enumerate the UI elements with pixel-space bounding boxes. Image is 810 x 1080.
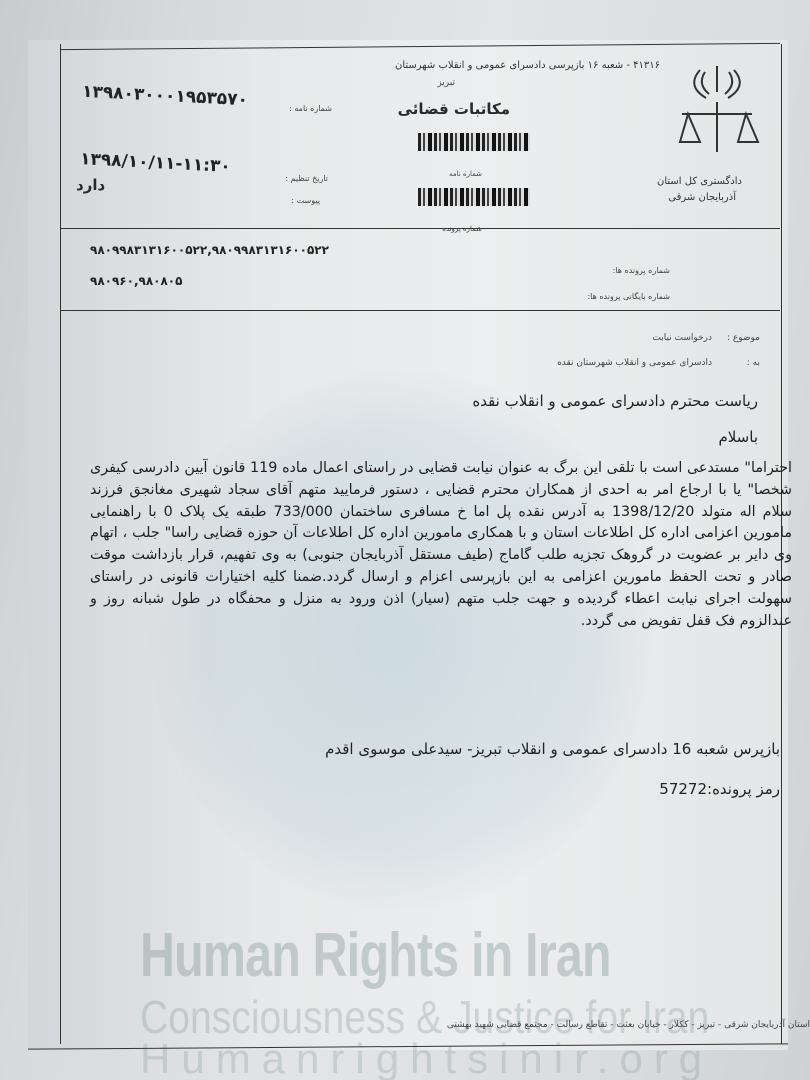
letter-number-label: شماره نامه : [289,104,332,113]
subject-label: موضوع : [727,333,760,343]
salutation: ریاست محترم دادسرای عمومی و انقلاب نقده [472,392,758,410]
org-line-2: آذربایجان شرقی [668,192,736,203]
header-divider [60,228,780,229]
branch-line: ۴۱۳۱۶ - شعبه ۱۶ بازپرسی دادسرای عمومی و … [200,60,660,71]
case-numbers-value: ۹۸۰۹۹۸۳۱۳۱۶۰۰۵۲۲,۹۸۰۹۹۸۳۱۳۱۶۰۰۵۲۲ [90,243,329,257]
archive-numbers-label: شماره بایگانی پرونده ها: [587,292,670,301]
footer-address: استان آذربایجان شرقی - تبریز - ککلار - خ… [447,1020,810,1030]
attachment-value: دارد [76,176,105,194]
date-label: تاریخ تنظیم : [285,174,328,183]
case-barcode-caption: شماره پرونده [442,225,482,233]
archive-numbers-value: ۹۸۰۹۶۰,۹۸۰۸۰۵ [90,274,182,288]
case-divider [60,310,780,311]
iran-emblem-icon [672,62,762,172]
letter-barcode-caption: شماره نامه [449,170,482,178]
letter-body: احتراما" مستدعی است با تلقی این برگ به ع… [90,458,792,632]
city-name: تبریز [437,78,455,88]
case-numbers-label: شماره پرونده ها: [613,266,670,275]
to-value: دادسرای عمومی و انقلاب شهرستان نقده [557,358,712,368]
case-barcode [418,188,530,206]
org-line-1: دادگستری کل استان [657,176,742,187]
signature: بازپرس شعبه 16 دادسرای عمومی و انقلاب تب… [325,740,780,758]
attachment-label: پیوست : [291,196,320,205]
to-label: به : [747,358,760,368]
subject-value: درخواست نیابت [652,333,712,343]
greeting: باسلام [718,428,758,446]
case-code: رمز پرونده:57272 [659,780,780,798]
letter-barcode [418,133,530,151]
document-title: مکاتبات قضائی [398,100,510,118]
